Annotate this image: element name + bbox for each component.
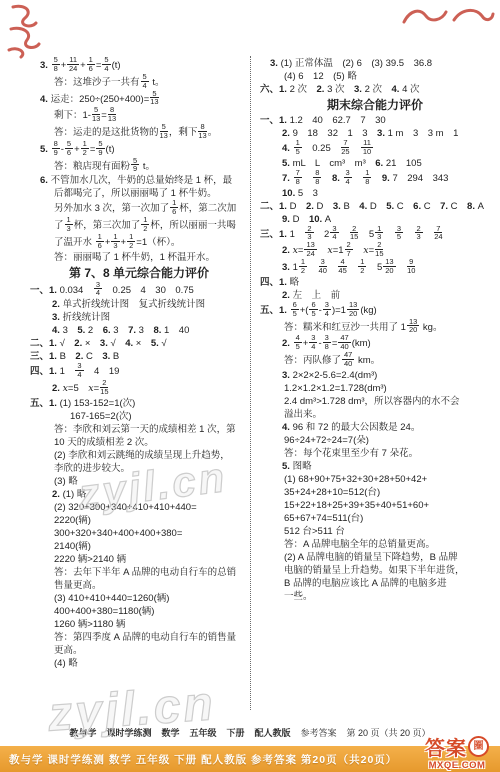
item-number: 一、1. [30, 284, 60, 295]
fraction: 910 [407, 258, 415, 275]
fraction-denominator: 5 [296, 148, 300, 156]
item-number: 6. [103, 325, 114, 336]
answer-line: 3. (1) 正常体温 (2) 6 (3) 39.5 36.8 [270, 57, 490, 70]
answer-line: 电脑的销量呈上升趋势。如果下半年进货， [284, 564, 490, 577]
answer-text: 1260 辆>1180 辆 [54, 619, 125, 630]
fraction: 38 [323, 334, 331, 351]
answer-line: 3. 折线统计图 [52, 311, 248, 324]
answer-text: B 品牌的电脑应该比 A 品牌的电脑多进 [284, 578, 447, 589]
item-number: 2. [282, 338, 293, 349]
fraction: 725 [341, 139, 349, 156]
answer-text: ，剩下 [169, 127, 198, 138]
fraction: 54 [141, 73, 149, 90]
answer-text [397, 262, 407, 273]
item-number: 四、1. [30, 366, 60, 377]
answer-text: 1 [293, 262, 298, 273]
answer-text: 0.25 [303, 143, 341, 154]
fraction-denominator: 24 [306, 250, 314, 258]
answer-text: 杯，第二次加 [179, 203, 236, 214]
fraction: 34 [330, 225, 338, 242]
answer-text: 答：每个花束里至少有 7 朵花。 [284, 448, 418, 459]
answer-text: = [298, 245, 304, 256]
answer-line: 二、1. √ 2. × 3. √ 4. × 5. √ [30, 337, 248, 350]
answer-text: 杯，所以丽丽一共喝 [150, 220, 236, 231]
answer-text: 一些。 [284, 591, 313, 602]
fraction-denominator: 24 [69, 65, 77, 73]
fraction-denominator: 9 [54, 149, 58, 157]
item-number: 六、1. [260, 84, 290, 95]
answer-text: 65+67+74=511(台) [284, 513, 363, 524]
fraction-denominator: 2 [301, 267, 305, 275]
answer-text: 答：糯米和红豆沙一共用了 1 [284, 321, 406, 332]
fraction: 34 [323, 301, 331, 318]
item-number: 3. [377, 128, 388, 139]
item-number: 3. [102, 351, 113, 362]
answer-text: 答：第四季度 A 品牌的电动自行车的销售量 [54, 632, 236, 643]
answer-text: 2 [88, 325, 103, 336]
fraction: 13 [111, 233, 119, 250]
fraction-denominator: 5 [397, 233, 401, 241]
answer-text: =5 [68, 383, 88, 394]
answer-text: 1 m 3 3 m 1 [388, 128, 459, 139]
fraction: 54 [102, 56, 110, 73]
section-heading: 期末综合能力评价 [260, 99, 490, 112]
answer-text: = [90, 144, 96, 155]
answer-line: 2220 辆>2140 辆 [54, 553, 248, 566]
fraction-denominator: 2 [360, 267, 364, 275]
answer-text: 更高。 [54, 645, 83, 656]
answer-line: 1260 辆>1180 辆 [54, 618, 248, 631]
item-number: 7. [282, 173, 293, 184]
item-number: 3. [52, 312, 63, 323]
answer-line: 三、1. 1 23 234 215 513 35 23 724 [260, 226, 490, 243]
fraction: 4740 [342, 351, 354, 368]
fraction-denominator: 13 [198, 132, 206, 140]
item-number: 4. [282, 422, 293, 433]
answer-text: 图略 [293, 461, 312, 472]
fraction: 1320 [383, 258, 395, 275]
fraction-denominator: 3 [67, 225, 71, 233]
answer-text: + [80, 60, 86, 71]
answer-line: (3) 410+410+440=1260(辆) [54, 592, 248, 605]
fraction: 27 [345, 241, 353, 258]
item-number: 10. [282, 188, 298, 199]
answer-text: (1) 略 [63, 489, 87, 500]
answer-text: C [86, 351, 102, 362]
answer-text [340, 228, 350, 239]
item-number: 五、1. [30, 398, 60, 409]
fraction: 18 [363, 169, 371, 186]
item-number: 3. [282, 370, 293, 381]
fraction: 12 [358, 258, 366, 275]
answer-text: 。 [208, 127, 218, 138]
answer-text: )=1 [332, 305, 346, 316]
item-number: 5. [282, 158, 293, 169]
item-number: 5. [386, 201, 397, 212]
answer-text: 了 [54, 220, 64, 231]
book-footer-segment: 下册 [226, 728, 244, 738]
answer-text [354, 245, 364, 256]
answer-text: 21 105 [386, 158, 422, 169]
answer-text: 答：去年下半年 A 品牌的电动自行车的总销 [54, 567, 236, 578]
item-number: 6. [375, 158, 386, 169]
answer-text: (3) 410+410+440=1260(辆) [54, 593, 169, 604]
answer-text: t。 [150, 77, 165, 88]
item-number: 3. [40, 60, 51, 71]
fraction-denominator: 2 [143, 225, 147, 233]
book-footer-segment: 数学 [161, 728, 179, 738]
fraction: 1324 [304, 241, 316, 258]
answer-line: 2. 单式折线统计图 复式折线统计图 [52, 298, 248, 311]
answer-line: 15+22+18+25+39+35+40+51+60+ [284, 499, 490, 512]
answer-page: { "page": {"background": "#ffffff", "div… [0, 0, 500, 772]
fraction-denominator: 3 [113, 242, 117, 250]
fraction: 16 [96, 233, 104, 250]
fraction: 34 [309, 334, 317, 351]
answer-line: (4) 6 12 (5) 略 [284, 70, 490, 83]
answer-text: D [317, 201, 333, 212]
answer-text: B [113, 351, 119, 362]
answer-text: √ [110, 338, 125, 349]
answer-text: = [94, 383, 100, 394]
answer-text: = [332, 338, 338, 349]
answer-text: (2) 320+300+340+410+410+440= [54, 502, 197, 513]
item-number: 9. [282, 214, 293, 225]
answer-text [322, 173, 332, 184]
scanned-answer-page: 3. 58+1124+16=54(t)答：这堆沙子一共有54 t。4. 运走：2… [0, 0, 500, 772]
answer-line: 六、1. 2 次 2. 3 次 3. 2 次 4. 4 次 [260, 83, 490, 96]
answer-line: 2.4 dm³>1.728 dm³，所以容器内的水不会 [284, 395, 490, 408]
fraction: 23 [415, 225, 423, 242]
fraction: 724 [434, 225, 442, 242]
fraction-denominator: 20 [349, 310, 357, 318]
answer-text: 答：丽丽喝了 1 杯牛奶，1 杯温开水。 [54, 252, 215, 263]
answer-text: 0.25 4 30 0.75 [103, 284, 194, 295]
answer-text: 1 [290, 228, 305, 239]
fraction: 215 [350, 225, 358, 242]
fraction-denominator: 8 [315, 178, 319, 186]
fraction: 45 [294, 334, 302, 351]
answer-text: + [105, 237, 111, 248]
answer-text: 答：A 品牌电脑全年的总销量更高。 [284, 539, 435, 550]
answer-line: 4. 15 0.25 725 1110 [282, 140, 490, 157]
answer-text: (2) 李欣和刘云跳绳的成绩呈现上升趋势， [54, 450, 230, 461]
item-number: 10. [309, 214, 325, 225]
answer-text: B [343, 201, 359, 212]
answer-text [328, 262, 338, 273]
answer-text: 溢出来。 [284, 409, 322, 420]
answer-text: 2 次 [290, 84, 317, 95]
answer-text: 2220 辆>2140 辆 [54, 554, 126, 565]
fraction: 58 [52, 56, 60, 73]
fraction-denominator: 5 [311, 310, 315, 318]
item-number: 2. [74, 338, 85, 349]
red-corner-mark-top-left [3, 2, 49, 60]
answer-text: D [293, 214, 309, 225]
fraction: 445 [338, 258, 346, 275]
fraction: 1124 [67, 56, 79, 73]
book-footer-segment: 五年级 [189, 728, 216, 738]
answer-line: 2220(辆) [54, 514, 248, 527]
answer-line: 答：李欣和刘云第一天的成绩相差 1 次，第 [54, 423, 248, 436]
fraction: 340 [319, 258, 327, 275]
book-footer-segment: 参考答案 [301, 728, 337, 738]
item-number: 一、1. [260, 115, 290, 126]
item-number: 4. [392, 84, 403, 95]
item-number: 6. [413, 201, 424, 212]
answer-line: 4. 3 5. 2 6. 3 7. 3 8. 1 40 [52, 324, 248, 337]
item-number: 9. [382, 173, 393, 184]
fraction: 215 [375, 241, 383, 258]
daanquan-domain-text: MXQE.COM [417, 760, 497, 771]
answer-text: (1) 68+90+75+32+30+28+50+42+ [284, 474, 427, 485]
answer-text: + [61, 60, 67, 71]
answer-text: 略 [290, 277, 300, 288]
answer-text: √ [161, 338, 166, 349]
fraction: 23 [305, 225, 313, 242]
item-number: 5. [77, 325, 88, 336]
answer-line: 售量更高。 [54, 579, 248, 592]
item-number: 5. [151, 338, 162, 349]
answer-text: 售量更高。 [54, 580, 102, 591]
answer-text: - [318, 338, 321, 349]
answer-text: C [451, 201, 467, 212]
fraction-denominator: 8 [325, 343, 329, 351]
answer-text: = [101, 110, 107, 121]
book-footer-segment: 配人教版 [255, 728, 291, 738]
answer-line: 另外加水 3 次，第一次加了16杯，第二次加 [54, 200, 248, 217]
answer-text: 答：运走的是这批货物的 [54, 127, 159, 138]
answer-text: 2140(辆) [54, 541, 91, 552]
fraction: 4740 [338, 334, 350, 351]
answer-text: 2 [315, 228, 330, 239]
answer-line: 答：第四季度 A 品牌的电动自行车的销售量 [54, 631, 248, 644]
item-number: 期末综合能力评价 [327, 98, 423, 112]
section-heading: 第 7、8 单元综合能力评价 [30, 267, 248, 280]
answer-line: 2. 9 18 32 1 3 3. 1 m 3 3 m 1 [282, 127, 490, 140]
answer-line: 五、1. (1) 153-152=1(次) [30, 397, 248, 410]
fraction-denominator: 15 [100, 388, 108, 396]
item-number: 2. [306, 201, 317, 212]
answer-text: (t) [112, 60, 121, 71]
answer-line: 10. 5 3 [282, 187, 490, 200]
answer-text: 不管加水几次，牛奶的总量始终是 1 杯，最 [51, 175, 233, 186]
fraction-denominator: 15 [350, 233, 358, 241]
answer-text: 答：粮店现有面粉 [54, 160, 130, 171]
fraction-denominator: 15 [375, 250, 383, 258]
answer-text: 5 [367, 262, 382, 273]
fraction: 78 [294, 169, 302, 186]
answer-text: 0.034 [60, 284, 93, 295]
answer-text: 4 19 [85, 366, 120, 377]
answer-line: 2. 45+34-38=4740(km) [282, 335, 490, 352]
answer-line: 65+67+74=511(台) [284, 512, 490, 525]
item-number: 6. [40, 175, 51, 186]
answer-text: 2 次 [365, 84, 392, 95]
answer-line: 答：这堆沙子一共有54 t。 [54, 74, 248, 91]
fraction-denominator: 6 [89, 65, 93, 73]
answer-text: + [303, 338, 309, 349]
answer-text [348, 262, 358, 273]
fraction-denominator: 40 [319, 267, 327, 275]
answer-text: 5 3 [298, 188, 318, 199]
fraction-denominator: 13 [150, 98, 158, 106]
fraction: 89 [52, 140, 60, 157]
item-number: 第 7、8 单元综合能力评价 [69, 266, 209, 280]
answer-line: B 品牌的电脑应该比 A 品牌的电脑多进 [284, 577, 490, 590]
item-number: 8. [467, 201, 478, 212]
fraction-denominator: 13 [108, 115, 116, 123]
fraction-denominator: 4 [143, 82, 147, 90]
answer-text: D [290, 201, 306, 212]
item-number: 3. [354, 84, 365, 95]
fraction-denominator: 7 [347, 250, 351, 258]
answer-line: 4. 96 和 72 的最大公因数是 24。 [282, 421, 490, 434]
daanquan-circle-icon: 圈 [468, 736, 489, 757]
answer-text: 3 [63, 325, 78, 336]
fraction-denominator: 2 [83, 149, 87, 157]
answer-line: 答：丽丽喝了 1 杯牛奶，1 杯温开水。 [54, 251, 248, 264]
answer-text: kg。 [420, 321, 442, 332]
site-banner-text: 教与学 课时学练测 数学 五年级 下册 配人教版 参考答案 第20页（共20页） [9, 752, 397, 767]
answer-text: 后都喝完了，所以丽丽喝了 1 杯牛奶。 [54, 188, 217, 199]
fraction-denominator: 40 [344, 360, 352, 368]
answer-text [372, 173, 382, 184]
daanquan-logo-top: 答案 圈 [417, 732, 497, 761]
answer-text: 另外加水 3 次，第一次加了 [54, 203, 169, 214]
item-number: 2. [52, 383, 63, 394]
item-number: 2. [282, 290, 293, 301]
fraction: 13 [375, 225, 383, 242]
answer-line: 6. 不管加水几次，牛奶的总量始终是 1 杯，最 [40, 174, 248, 187]
answer-text: =1 [333, 245, 344, 256]
fraction-denominator: 4 [96, 289, 100, 297]
answer-line: 溢出来。 [284, 408, 490, 421]
answer-text [303, 173, 313, 184]
fraction-denominator: 6 [98, 242, 102, 250]
answer-text: 2.4 dm³>1.728 dm³，所以容器内的水不会 [284, 396, 460, 407]
answer-text: 左 上 前 [293, 290, 341, 301]
answer-line: 5. 89-56+12=59(t) [40, 141, 248, 158]
fraction-denominator: 20 [409, 326, 417, 334]
answer-text: 2×2×2-5.6=2.4(dm³) [293, 370, 378, 381]
fraction-denominator: 4 [332, 233, 336, 241]
answer-text: 96÷24+72÷24=7(朵) [284, 435, 369, 446]
item-number: 8. [332, 173, 343, 184]
fraction-denominator: 13 [92, 115, 100, 123]
answer-line: 答：A 品牌电脑全年的总销量更高。 [284, 538, 490, 551]
item-number: 4. [282, 143, 293, 154]
fraction: 65 [309, 301, 317, 318]
item-number: 7. [128, 325, 139, 336]
item-number: 四、1. [260, 277, 290, 288]
answer-line: 答：去年下半年 A 品牌的电动自行车的总销 [54, 566, 248, 579]
answer-line: 3. 112 340 445 12 51320 910 [282, 259, 490, 276]
item-number: 2. [282, 245, 293, 256]
fraction: 88 [313, 169, 321, 186]
answer-text: × [85, 338, 100, 349]
fraction-denominator: 4 [104, 65, 108, 73]
answer-text: 1 40 [164, 325, 189, 336]
item-number: 2. [52, 299, 63, 310]
answer-text: 李欣的进步较大。 [54, 463, 130, 474]
fraction: 1320 [347, 301, 359, 318]
answer-text: 35+24+28+10=512(台) [284, 487, 380, 498]
answer-text: (4) 略 [54, 658, 78, 669]
answer-text: 5 [359, 228, 374, 239]
fraction-denominator: 10 [363, 148, 371, 156]
fraction: 12 [81, 140, 89, 157]
fraction: 15 [294, 139, 302, 156]
answer-line: 一、1. 1.2 40 62.7 7 30 [260, 114, 490, 127]
answer-text: 3 [139, 325, 154, 336]
answer-text: +( [300, 305, 309, 316]
answer-text: 167-165=2(次) [70, 411, 132, 422]
red-corner-mark-top-right [396, 2, 496, 32]
fraction-denominator: 4 [311, 343, 315, 351]
answer-line: 更高。 [54, 644, 248, 657]
daanquan-logo-chars: 答案 [425, 732, 467, 761]
answer-text: 4 次 [402, 84, 419, 95]
answer-line: 400+400+380=1180(辆) [54, 605, 248, 618]
answer-text: 了温开水 [54, 237, 95, 248]
fraction: 1110 [361, 139, 373, 156]
fraction-denominator: 4 [325, 310, 329, 318]
answer-line: 三、1. B 2. C 3. B [30, 350, 248, 363]
answer-text: 电脑的销量呈上升趋势。如果下半年进货， [284, 565, 465, 576]
item-number: 4. [52, 325, 63, 336]
answer-line: 167-165=2(次) [70, 410, 248, 423]
fraction: 16 [170, 199, 178, 216]
answer-text: 运走：250÷(250+400)= [51, 93, 150, 104]
answer-text: 400+400+380=1180(辆) [54, 606, 154, 617]
answer-line: 3. 2×2×2-5.6=2.4(dm³) [282, 369, 490, 382]
answer-text: (km) [352, 338, 371, 349]
answer-line: 1.2×1.2×1.2=1.728(dm³) [284, 382, 490, 395]
item-number: 8. [153, 325, 164, 336]
answer-line: 一、1. 0.034 34 0.25 4 30 0.75 [30, 282, 248, 299]
answer-line: (4) 略 [54, 657, 248, 670]
answer-line: 一些。 [284, 590, 490, 603]
answer-text: C [424, 201, 440, 212]
item-number: 五、1. [260, 305, 290, 316]
answer-text: 3 [113, 325, 128, 336]
answer-line: 答：粮店现有面粉59 t。 [54, 158, 248, 175]
fraction: 813 [198, 123, 206, 140]
answer-line: 五、1. 65+(65-34)=11320(kg) [260, 302, 490, 319]
answer-text [384, 228, 394, 239]
answer-line: (2) A 品牌电脑的销量呈下降趋势，B 品牌 [284, 551, 490, 564]
answer-line: 剩下：1-513=813 [54, 107, 248, 124]
answer-line: 了13杯，第三次加了12杯，所以丽丽一共喝 [54, 217, 248, 234]
fraction: 513 [92, 106, 100, 123]
item-number: 3. [282, 262, 293, 273]
answer-line: 2. (1) 略 [52, 488, 248, 501]
answer-line: 35+24+28+10=512(台) [284, 486, 490, 499]
fraction: 34 [344, 169, 352, 186]
fraction-denominator: 8 [296, 178, 300, 186]
answer-text: 3 次 [327, 84, 354, 95]
answer-text: = [369, 245, 375, 256]
answer-text: 96 和 72 的最大公因数是 24。 [293, 422, 421, 433]
answer-line: 10 天的成绩相差 2 次。 [54, 436, 248, 449]
answer-text [351, 143, 361, 154]
answer-text: 2220(辆) [54, 515, 91, 526]
item-number: 2. [282, 128, 293, 139]
fraction: 215 [100, 379, 108, 396]
fraction: 12 [141, 216, 149, 233]
answer-text: × [136, 338, 151, 349]
